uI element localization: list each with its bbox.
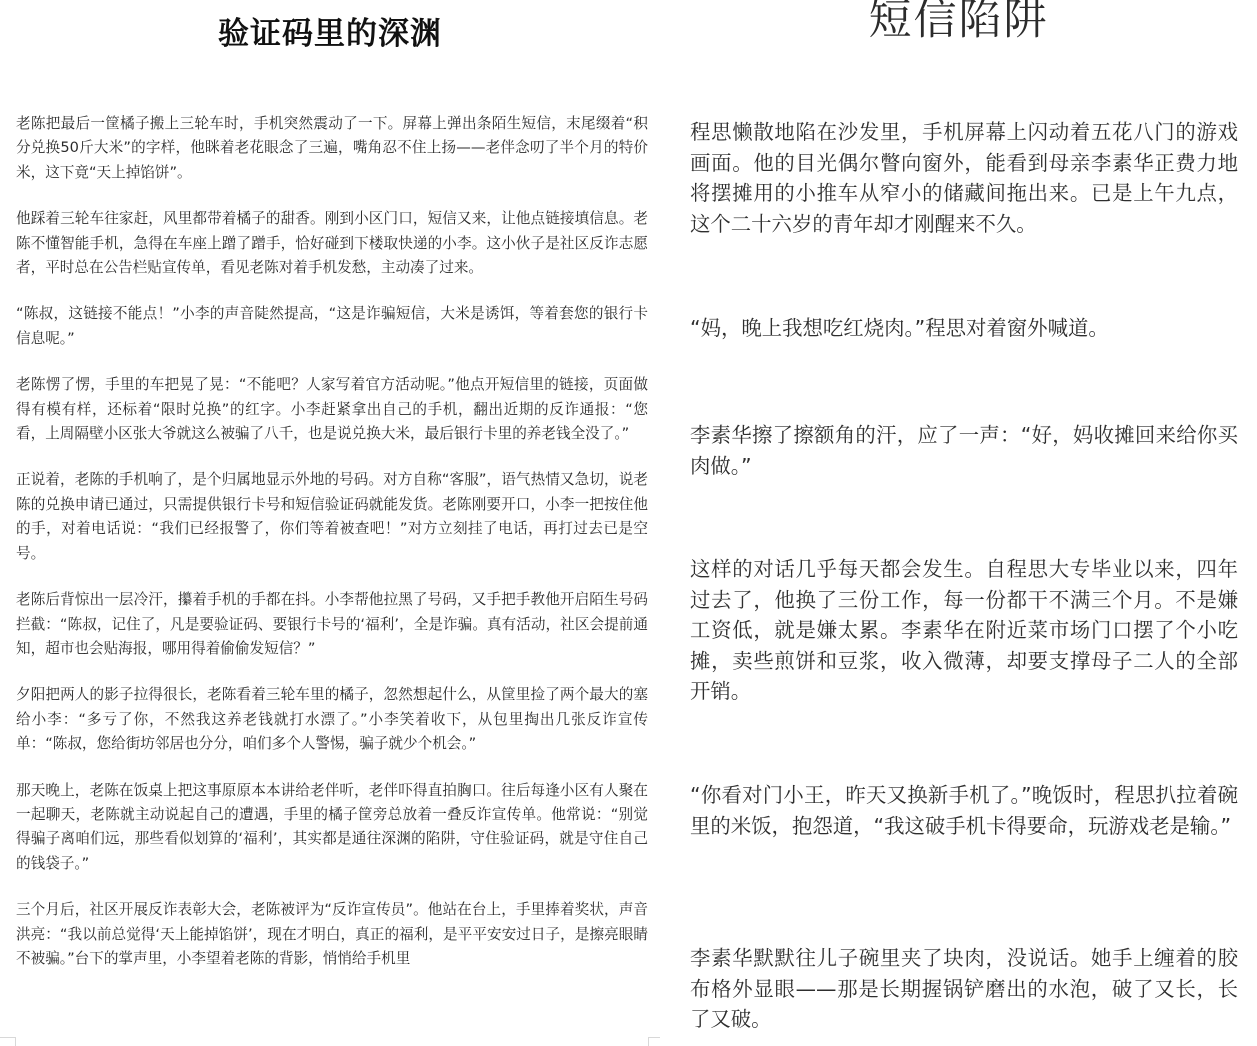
paragraph: 正说着，老陈的手机响了，是个归属地显示外地的号码。对方自称“客服”，语气热情又急… <box>16 468 648 566</box>
paragraph: 那天晚上，老陈在饭桌上把这事原原本本讲给老伴听，老伴吓得直拍胸口。往后每逢小区有… <box>16 779 648 877</box>
paragraph: 这样的对话几乎每天都会发生。自程思大专毕业以来，四年过去了，他换了三份工作，每一… <box>690 554 1238 707</box>
right-story-title: 短信陷阱 <box>660 0 1257 47</box>
paragraph: 李素华默默往儿子碗里夹了块肉，没说话。她手上缠着的胶布格外显眼——那是长期握锅铲… <box>690 943 1238 1035</box>
paragraph: “陈叔，这链接不能点！”小李的声音陡然提高，“这是诈骗短信，大米是诱饵，等着套您… <box>16 302 648 351</box>
left-document-page: 验证码里的深渊 老陈把最后一筐橘子搬上三轮车时，手机突然震动了一下。屏幕上弹出条… <box>0 0 660 1046</box>
page-corner-mark <box>0 1037 16 1046</box>
paragraph: 夕阳把两人的影子拉得很长，老陈看着三轮车里的橘子，忽然想起什么，从筐里捡了两个最… <box>16 683 648 756</box>
page-corner-mark <box>648 1037 660 1046</box>
paragraph: “你看对门小王，昨天又换新手机了。”晚饭时，程思扒拉着碗里的米饭，抱怨道，“我这… <box>690 780 1238 841</box>
paragraph: “妈，晚上我想吃红烧肉。”程思对着窗外喊道。 <box>690 313 1238 344</box>
paragraph: 老陈愣了愣，手里的车把晃了晃：“不能吧？人家写着官方活动呢。”他点开短信里的链接… <box>16 373 648 446</box>
paragraph: 他踩着三轮车往家赶，风里都带着橘子的甜香。刚到小区门口，短信又来，让他点链接填信… <box>16 207 648 280</box>
paragraph: 李素华擦了擦额角的汗，应了一声：“好，妈收摊回来给你买肉做。” <box>690 420 1238 481</box>
left-story-title: 验证码里的深渊 <box>0 8 660 53</box>
left-story-body: 老陈把最后一筐橘子搬上三轮车时，手机突然震动了一下。屏幕上弹出条陌生短信，末尾缀… <box>16 112 648 993</box>
paragraph: 老陈把最后一筐橘子搬上三轮车时，手机突然震动了一下。屏幕上弹出条陌生短信，末尾缀… <box>16 112 648 185</box>
paragraph: 程思懒散地陷在沙发里，手机屏幕上闪动着五花八门的游戏画面。他的目光偶尔瞥向窗外，… <box>690 117 1238 239</box>
right-document-page: 短信陷阱 程思懒散地陷在沙发里，手机屏幕上闪动着五花八门的游戏画面。他的目光偶尔… <box>660 0 1257 1046</box>
paragraph: 老陈后背惊出一层冷汗，攥着手机的手都在抖。小李帮他拉黑了号码，又手把手教他开启陌… <box>16 588 648 661</box>
paragraph: 三个月后，社区开展反诈表彰大会，老陈被评为“反诈宣传员”。他站在台上，手里捧着奖… <box>16 898 648 971</box>
